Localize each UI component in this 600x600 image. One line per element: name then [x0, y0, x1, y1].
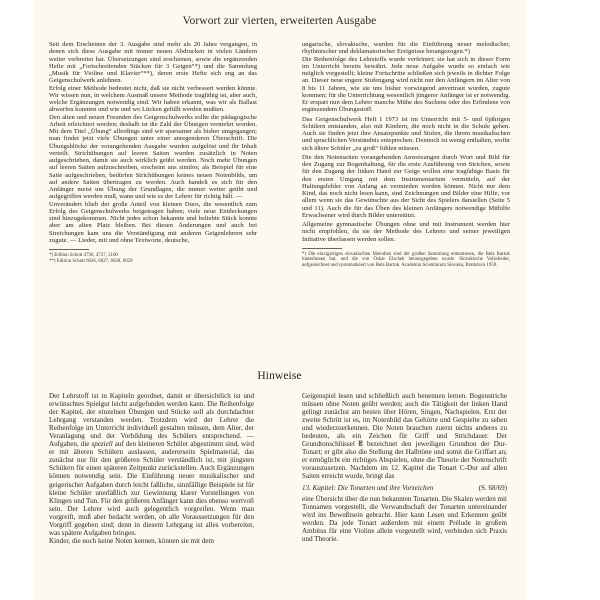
chapter-pages: (S. 68/69): [479, 484, 507, 492]
vorwort-left-column: Seit dem Erscheinen der 3. Ausgabe sind …: [49, 41, 257, 264]
paragraph: Der Lehrstoff ist in Kapiteln geordnet, …: [49, 392, 254, 537]
paragraph: Allgemeine gymnastische Übungen ohne und…: [302, 221, 510, 243]
paragraph: Das Geigenschulwerk Heft I 1973 ist im U…: [302, 116, 510, 152]
paragraph: Erfolg einer Methode bedeutet nicht, daß…: [49, 85, 257, 114]
paragraph: Die Reihenfolge des Lehrstoffs wurde ver…: [302, 56, 510, 114]
hinweise-left-column: Der Lehrstoff ist in Kapiteln geordnet, …: [49, 392, 254, 545]
paragraph: Kinder, die noch keine Noten kennen, kön…: [49, 537, 254, 545]
paragraph: ungarische, slovakische, wurden für die …: [302, 41, 510, 56]
section-title-hinweise: Hinweise: [34, 370, 525, 382]
section-title-vorwort: Vorwort zur vierten, erweiterten Ausgabe: [34, 15, 525, 27]
paragraph: Den alten und neuen Freunden des Geigens…: [49, 114, 257, 201]
paragraph: Geigenspiel lesen und schließlich auch b…: [302, 392, 507, 481]
paragraph: eine Übersicht über die nun bekannten To…: [302, 495, 507, 543]
paragraph: Die den Notenseiten vorangehenden Anweis…: [302, 154, 510, 219]
footnote: *) Die einzigartigen slovakischen Melodi…: [302, 252, 510, 269]
hinweise-right-column: Geigenspiel lesen und schließlich auch b…: [302, 392, 507, 543]
footnote-divider: [302, 248, 342, 249]
footnote: **) Edition Schott 6026, 6027, 6028, 602…: [49, 259, 257, 265]
paragraph: Seit dem Erscheinen der 3. Ausgabe sind …: [49, 41, 257, 85]
book-page: Vorwort zur vierten, erweiterten Ausgabe…: [34, 0, 525, 600]
chapter-title: 13. Kapitel: Die Tonarten und ihre Vorze…: [302, 484, 433, 492]
footnote-divider: [49, 249, 89, 250]
paragraph: Unverändert blieb der große Anteil von k…: [49, 201, 257, 245]
chapter-heading: 13. Kapitel: Die Tonarten und ihre Vorze…: [302, 484, 507, 492]
vorwort-right-column: ungarische, slovakische, wurden für die …: [302, 41, 510, 269]
